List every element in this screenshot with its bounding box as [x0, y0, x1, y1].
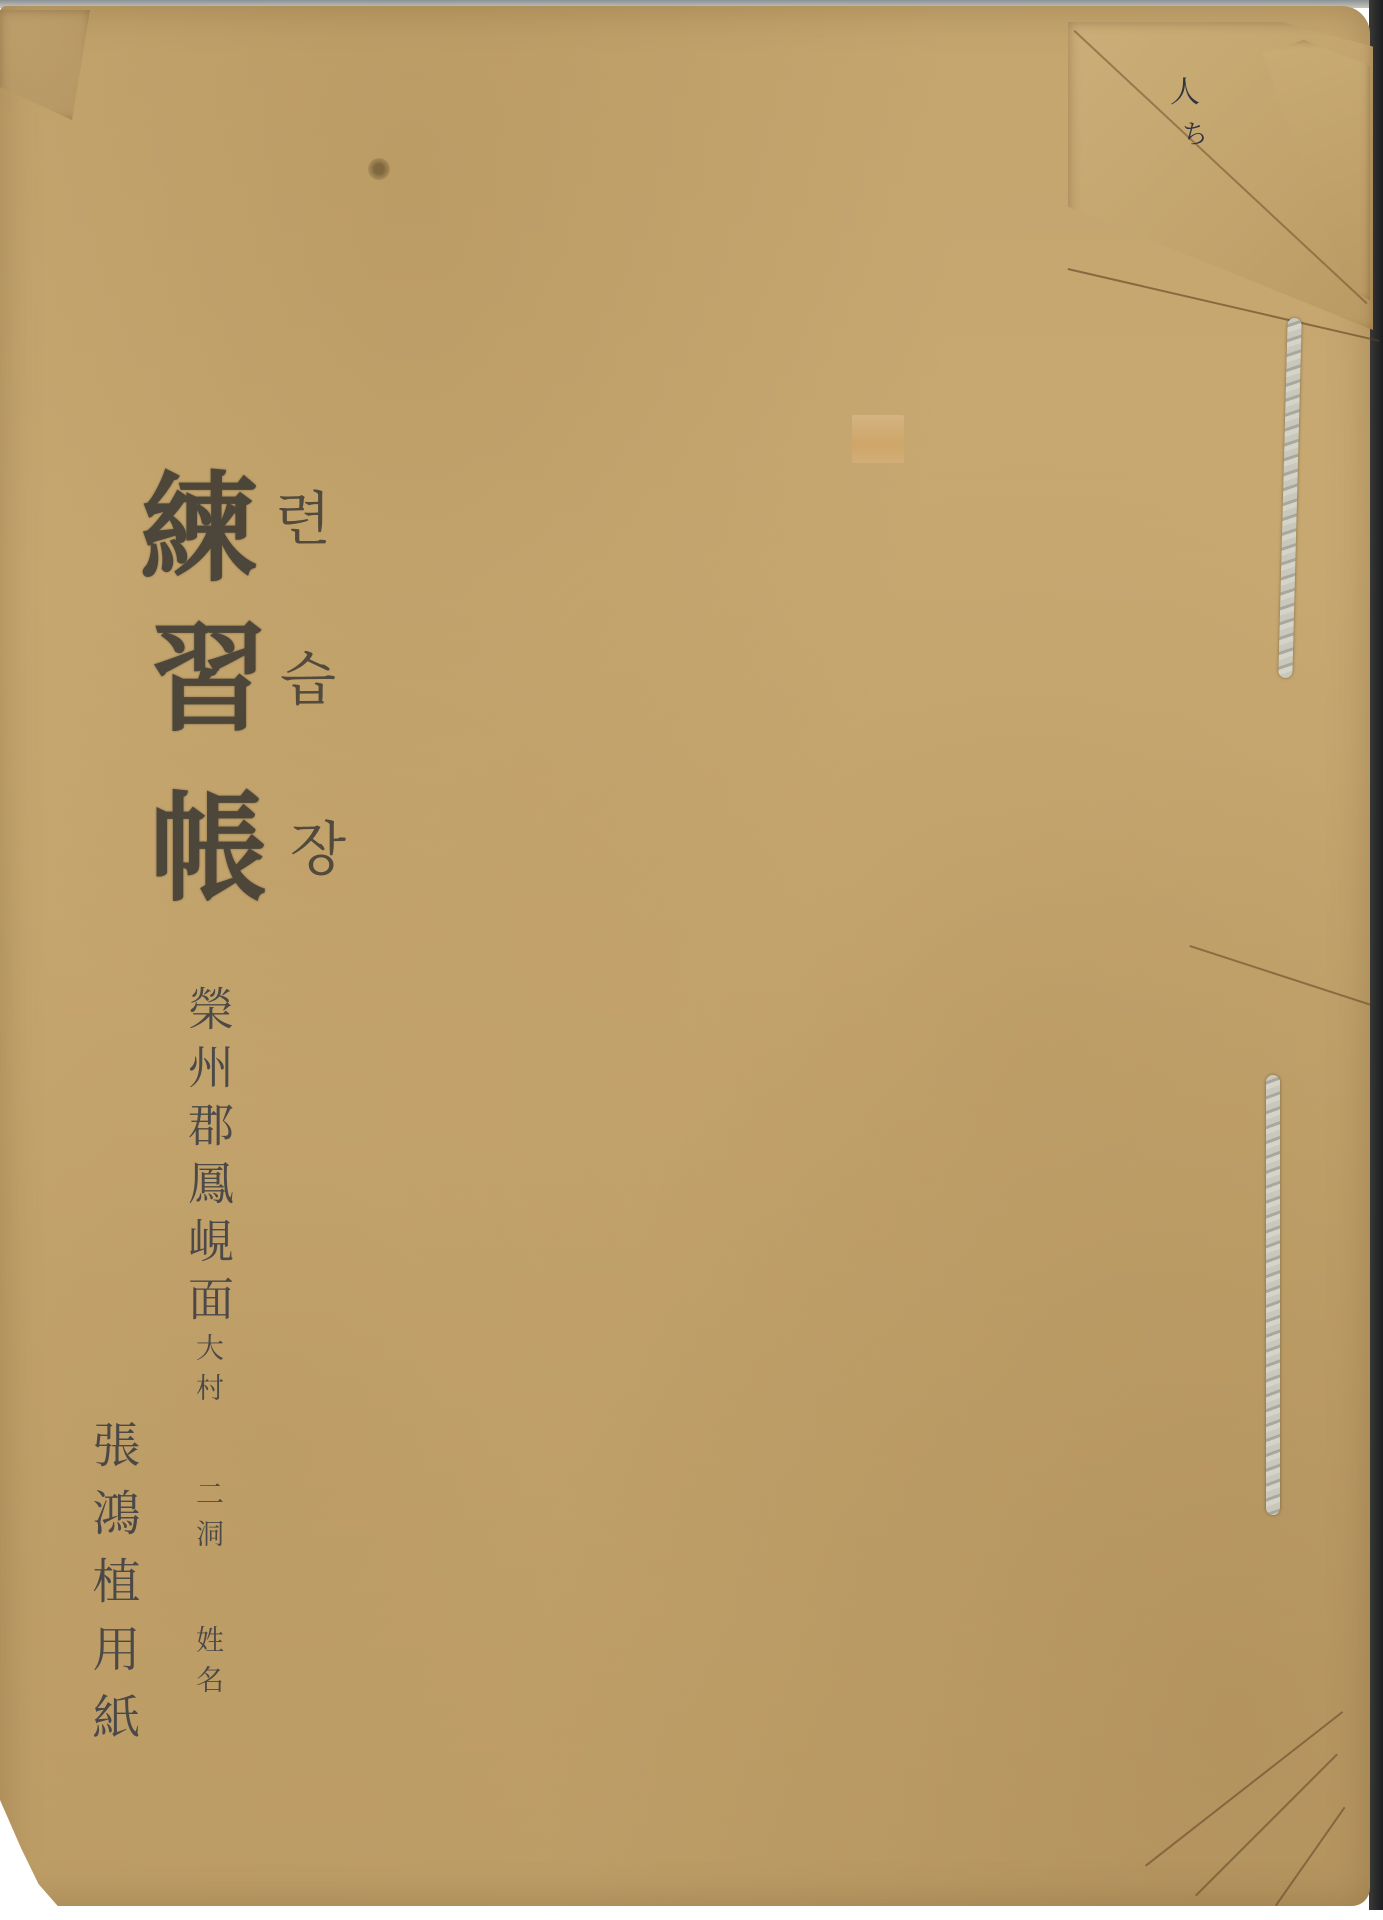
tape-patch	[852, 415, 904, 463]
owner-suffix: 用紙	[84, 1624, 140, 1760]
title-char-2: 習	[150, 620, 268, 738]
corner-note-line-2: ち	[1182, 122, 1208, 148]
title-gloss-1: 련	[275, 490, 331, 548]
owner-name: 張鴻植	[84, 1420, 140, 1624]
fold-line	[1145, 1711, 1343, 1866]
address-column: 榮州郡鳳峴面大村 二洞 姓名	[185, 985, 231, 1705]
title-char-1: 練	[140, 470, 258, 588]
stain-spot	[368, 158, 390, 180]
binding-string-lower	[1266, 1075, 1280, 1515]
corner-note-line-1: 人	[1170, 78, 1200, 108]
owner-column: 張鴻植用紙	[88, 1420, 136, 1760]
bottom-right-torn-corner	[1135, 1650, 1375, 1910]
address-village: 大村	[192, 1333, 225, 1413]
title-block: 練 련 習 습 帳 장	[140, 460, 400, 920]
address-district: 二洞	[192, 1479, 225, 1559]
title-gloss-2: 습	[280, 650, 336, 708]
address-county: 榮州郡	[181, 985, 235, 1159]
title-char-3: 帳	[150, 790, 268, 908]
address-township: 鳳峴面	[181, 1159, 235, 1333]
fold-line	[1275, 1807, 1345, 1906]
name-label: 姓名	[192, 1625, 225, 1705]
title-gloss-3: 장	[290, 820, 346, 878]
fold-line	[1195, 1754, 1338, 1897]
